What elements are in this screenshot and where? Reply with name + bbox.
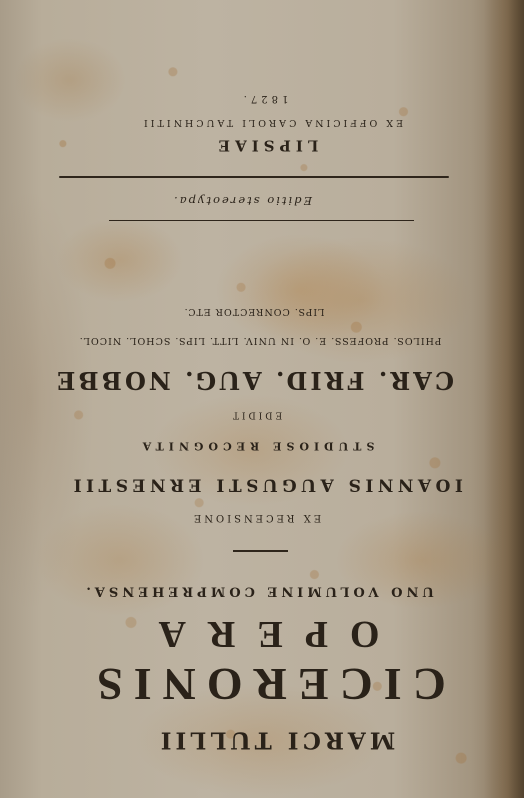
short-divider (233, 550, 288, 552)
scanned-title-page: MARCI TULLII CICERONIS OPERA UNO VOLUMIN… (0, 0, 524, 798)
recension-label: EX RECENSIONE (0, 512, 518, 522)
editor-titles-line-2: LIPS. CONRECTOR ETC. (0, 306, 516, 316)
title-page-content: MARCI TULLII CICERONIS OPERA UNO VOLUMIN… (0, 0, 524, 798)
recension-note: STUDIOSE RECOGNITA (0, 441, 518, 452)
thick-divider (59, 176, 449, 178)
editor-titles-line-1: PHILOS. PROFESS. E. O. IN UNIV. LITT. LI… (0, 335, 522, 345)
imprint-place: LIPSIAE (4, 138, 524, 153)
imprint-publisher: EX OFFICINA CAROLI TAUCHNITII (10, 117, 524, 127)
edition-statement: Editio stereotypa. (0, 194, 504, 206)
edited-label: EDIDIT (0, 410, 518, 419)
editor-name: CAR. FRID. AUG. NOBBE (0, 368, 516, 392)
subtitle: UNO VOLUMINE COMPREHENSA. (0, 585, 520, 598)
thin-divider (109, 220, 414, 221)
author-name: CICERONIS (4, 661, 524, 707)
work-title: OPERA (0, 615, 520, 653)
imprint-year: 1827. (2, 93, 524, 103)
author-prefix: MARCI TULLII (14, 729, 524, 752)
recension-author: IOANNIS AUGUSTI ERNESTII (4, 476, 524, 493)
